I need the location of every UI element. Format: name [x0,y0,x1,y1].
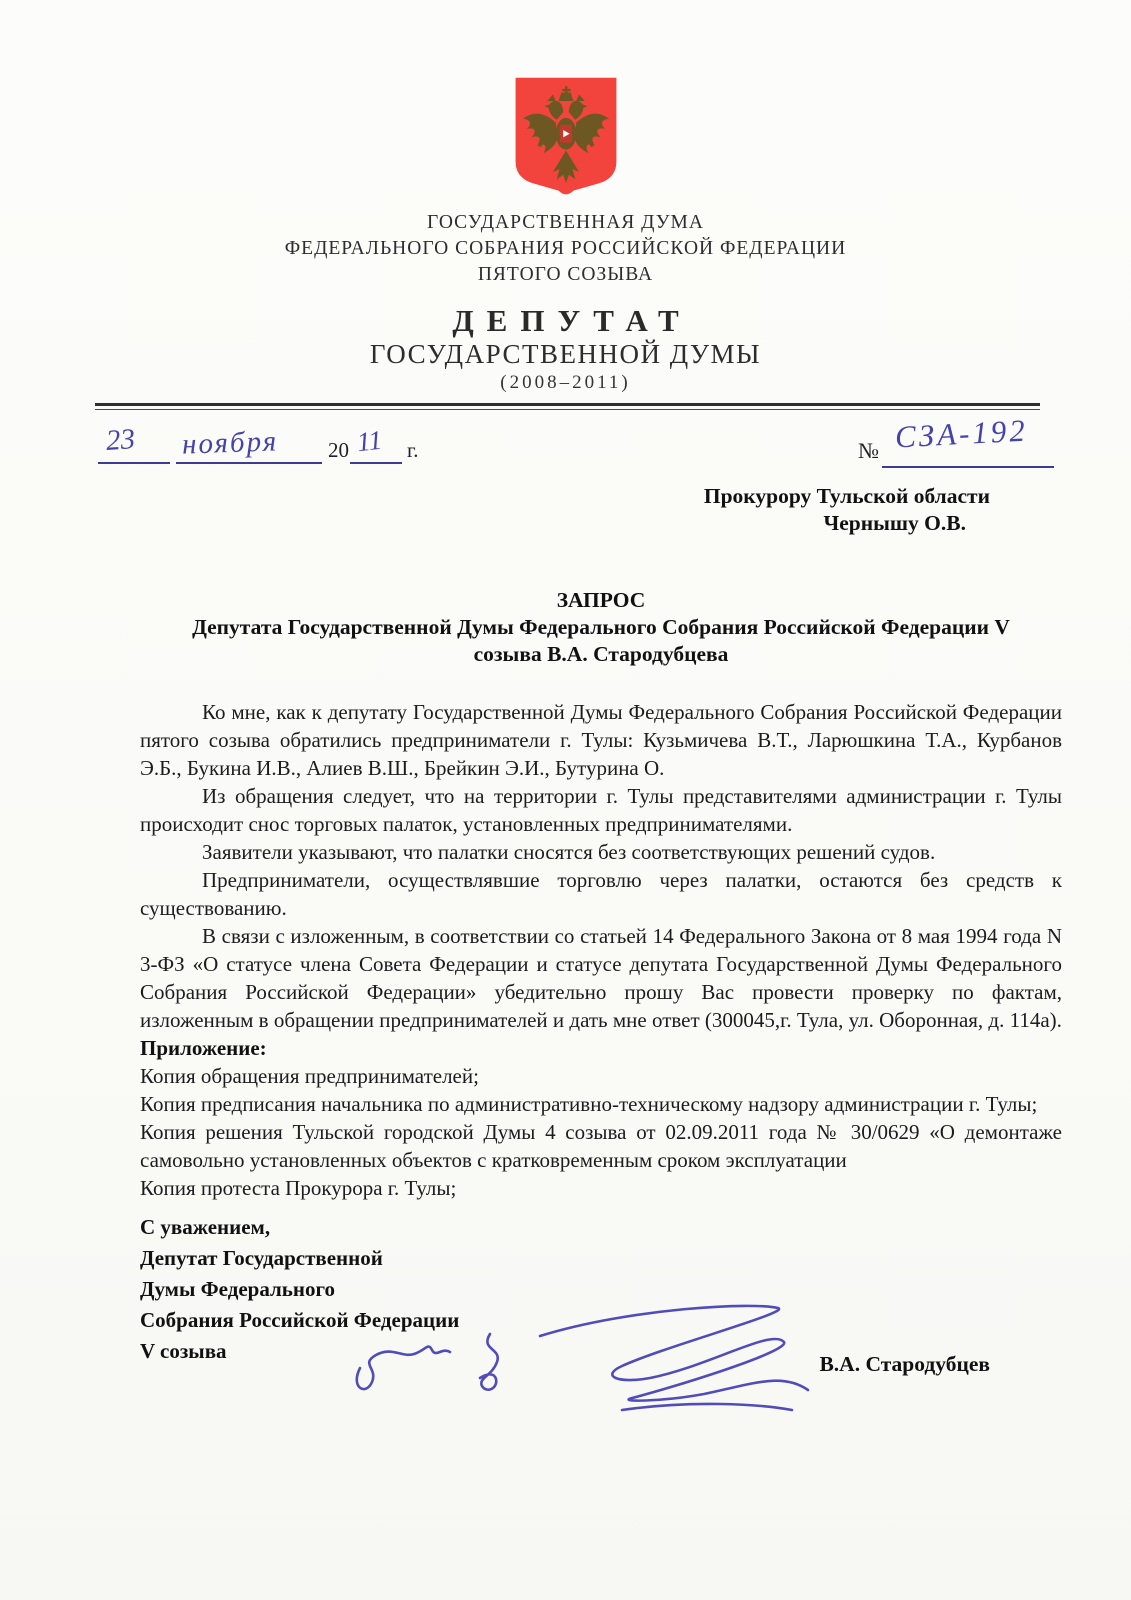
subject-heading: ЗАПРОС [140,586,1062,614]
document-number-label: № [858,438,879,464]
letterhead-subtitle: ГОСУДАРСТВЕННОЙ ДУМЫ [0,338,1131,371]
printed-year-prefix: 20 [328,438,349,463]
letter-body: ЗАПРОС Депутата Государственной Думы Фед… [140,586,1062,1367]
signer-name: В.А. Стародубцев [819,1352,990,1377]
addressee-line2: Чернышу О.В. [704,510,990,537]
letterhead-divider [95,403,1040,410]
subject-line1: Депутата Государственной Думы Федерально… [140,614,1062,641]
attachment-item: Копия протеста Прокурора г. Тулы; [140,1174,1062,1202]
addressee-line1: Прокурору Тульской области [704,483,990,510]
attachment-item: Копия предписания начальника по админист… [140,1090,1062,1118]
closing-position-line1: Депутат Государственной [140,1243,1062,1274]
year-underline [350,462,402,464]
attachment-item: Копия обращения предпринимателей; [140,1062,1062,1090]
letterhead-years: (2008–2011) [0,371,1131,395]
letterhead-title: ДЕПУТАТ [0,304,1131,338]
handwritten-day: 23 [105,423,136,458]
letterhead: ГОСУДАРСТВЕННАЯ ДУМА ФЕДЕРАЛЬНОГО СОБРАН… [0,210,1131,395]
body-paragraphs: Ко мне, как к депутату Государственной Д… [140,698,1062,1034]
attachments-label: Приложение: [140,1034,1062,1062]
addressee-block: Прокурору Тульской области Чернышу О.В. [704,483,990,537]
russia-coat-of-arms-icon [510,73,622,200]
day-underline [98,462,170,464]
month-underline [176,462,322,464]
handwritten-year: 11 [355,425,383,458]
paragraph: В связи с изложенным, в соответствии со … [140,922,1062,1034]
number-underline [882,466,1054,468]
signature-flourish-icon [330,1292,810,1417]
org-name-line1: ГОСУДАРСТВЕННАЯ ДУМА [0,210,1131,236]
paragraph: Из обращения следует, что на территории … [140,782,1062,838]
handwritten-month: ноября [181,425,278,461]
subject-line2: созыва В.А. Стародубцева [140,641,1062,668]
paragraph: Предприниматели, осуществлявшие торговлю… [140,866,1062,922]
handwritten-document-number: СЗА-192 [894,413,1028,456]
paragraph: Заявители указывают, что палатки сносятс… [140,838,1062,866]
printed-year-suffix: г. [407,438,419,463]
paragraph: Ко мне, как к депутату Государственной Д… [140,698,1062,782]
closing-salutation: С уважением, [140,1212,1062,1243]
org-name-line2: ФЕДЕРАЛЬНОГО СОБРАНИЯ РОССИЙСКОЙ ФЕДЕРАЦ… [0,236,1131,262]
attachment-item: Копия решения Тульской городской Думы 4 … [140,1118,1062,1174]
org-name-line3: ПЯТОГО СОЗЫВА [0,262,1131,288]
